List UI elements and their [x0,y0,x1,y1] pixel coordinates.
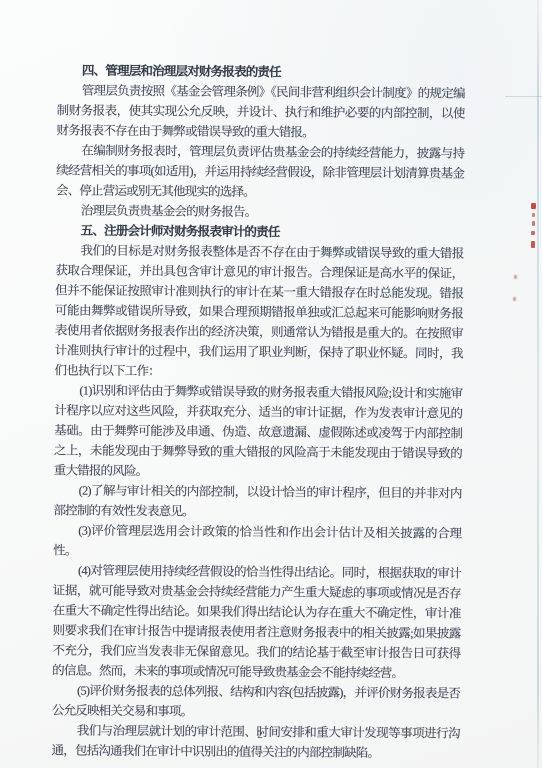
scan-smudge-line [505,96,542,97]
paragraph: 在编制财务报表时，管理层负责评估贵基金会的持续经营能力，披露与持续经营相关的事项… [56,140,464,203]
red-ink-fragment [532,213,535,217]
red-ink-fragment [531,203,536,209]
paragraph: (3)评价管理层选用会计政策的恰当性和作出会计估计及相关披露的合理性。 [53,520,461,563]
paragraph: (1)识别和评估由于舞弊或错误导致的财务报表重大错报风险;设计和实施审计程序以应… [54,380,463,483]
paragraph: (5)评价财务报表的总体列报、结构和内容(包括披露)，并评价财务报表是否公允反映… [52,680,460,723]
scanned-audit-report-page: 四、管理层和治理层对财务报表的责任 管理层负责按照《基金会管理条例》《民间非营利… [0,0,542,768]
red-ink-fragment [532,221,535,226]
paragraph: (4)对管理层使用持续经营假设的恰当性得出结论。同时，根据获取的审计证据，就可能… [52,560,461,683]
paragraph: 管理层负责按照《基金会管理条例》《民间非营利组织会计制度》的规定编制财务报表，使… [56,80,464,143]
red-ink-fragment [513,297,516,301]
page-number: 2 [250,729,270,741]
red-ink-fragment [531,241,535,248]
document-body: 四、管理层和治理层对财务报表的责任 管理层负责按照《基金会管理条例》《民间非营利… [52,60,465,763]
paragraph: 我们与治理层就计划的审计范围、时间安排和重大审计发现等事项进行沟通，包括沟通我们… [52,720,460,763]
red-ink-fragment [531,231,535,235]
red-ink-fragment [514,275,517,279]
paragraph: (2)了解与审计相关的内部控制，以设计恰当的审计程序，但目的并非对内部控制的有效… [53,480,461,523]
scan-edge-line [537,0,539,768]
paragraph: 我们的目标是对财务报表整体是否不存在由于舞弊或错误导致的重大错报获取合理保证，并… [54,240,463,383]
